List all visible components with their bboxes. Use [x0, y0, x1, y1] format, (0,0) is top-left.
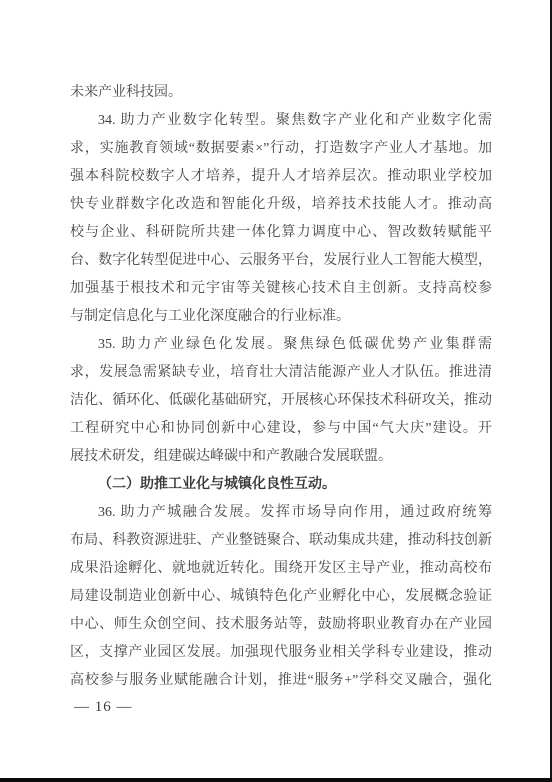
page-number: — 16 — [74, 696, 133, 718]
text-line: 布局、科教资源进驻、产业整链聚合、联动集成共建，推动科技创新 [70, 527, 492, 555]
document-text-block: 未来产业科技园。34. 助力产业数字化转型。聚焦数字产业化和产业数字化需求，实施… [70, 79, 492, 695]
text-line: 成果沿途孵化、就地就近转化。围绕开发区主导产业，推动高校布 [70, 555, 492, 583]
text-line: 未来产业科技园。 [70, 79, 492, 107]
document-page: 未来产业科技园。34. 助力产业数字化转型。聚焦数字产业化和产业数字化需求，实施… [0, 0, 552, 782]
text-line: 快专业群数字化改造和智能化升级，培养技术技能人才。推动高 [70, 191, 492, 219]
text-line: 与制定信息化与工业化深度融合的行业标准。 [70, 303, 492, 331]
text-line: 展技术研发，组建碳达峰碳中和产教融合发展联盟。 [70, 443, 492, 471]
text-line: 区，支撑产业园区发展。加强现代服务业相关学科专业建设，推动 [70, 639, 492, 667]
text-line: 工程研究中心和协同创新中心建设，参与中国“气大庆”建设。开 [70, 415, 492, 443]
scan-edge-bottom [0, 778, 552, 782]
text-line: 中心、师生众创空间、技术服务站等，鼓励将职业教育办在产业园 [70, 611, 492, 639]
text-line: 台、数字化转型促进中心、云服务平台，发展行业人工智能大模型， [70, 247, 492, 275]
text-line: 洁化、循环化、低碳化基础研究，开展核心环保技术科研攻关，推动 [70, 387, 492, 415]
text-line: 求，实施教育领域“数据要素×”行动，打造数字产业人才基地。加 [70, 135, 492, 163]
text-line: 局建设制造业创新中心、城镇特色化产业孵化中心，发展概念验证 [70, 583, 492, 611]
text-line: 校与企业、科研院所共建一体化算力调度中心、智改数转赋能平 [70, 219, 492, 247]
text-line: 34. 助力产业数字化转型。聚焦数字产业化和产业数字化需 [70, 107, 492, 135]
text-line: 35. 助力产业绿色化发展。聚焦绿色低碳优势产业集群需 [70, 331, 492, 359]
text-line: 强本科院校数字人才培养，提升人才培养层次。推动职业学校加 [70, 163, 492, 191]
text-line: 36. 助力产城融合发展。发挥市场导向作用，通过政府统筹 [70, 499, 492, 527]
section-heading: （二）助推工业化与城镇化良性互动。 [70, 471, 492, 499]
text-line: 求，发展急需紧缺专业，培育壮大清洁能源产业人才队伍。推进清 [70, 359, 492, 387]
text-line: 高校参与服务业赋能融合计划，推进“服务+”学科交叉融合，强化 [70, 667, 492, 695]
scanned-document-screenshot: { "document": { "page_number": "— 16 —",… [0, 0, 552, 782]
text-line: 加强基于根技术和元宇宙等关键核心技术自主创新。支持高校参 [70, 275, 492, 303]
